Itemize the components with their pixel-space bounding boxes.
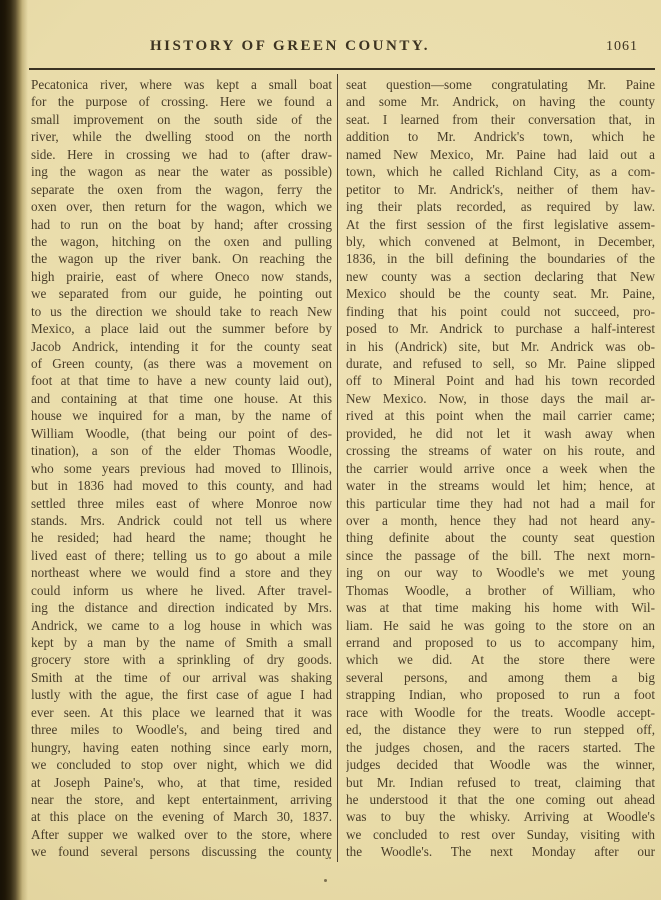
text-line: since the passage of the bill. The next … xyxy=(346,547,655,564)
text-line: ed, the distance they were to run steppe… xyxy=(346,721,655,738)
text-line: had to run on the boat by hand; after cr… xyxy=(31,216,332,233)
text-line: for the purpose of crossing. Here we fou… xyxy=(31,93,332,110)
text-line: strapping Indian, who proposed to run a … xyxy=(346,686,655,703)
text-line: the carrier would arrive once a week whe… xyxy=(346,460,655,477)
text-line: side. Here in crossing we had to (after … xyxy=(31,146,332,163)
text-line: to us the direction we should take to re… xyxy=(31,303,332,320)
text-line: Mexico should be the county seat. Mr. Pa… xyxy=(346,285,655,302)
text-line: durate, and refused to sell, so Mr. Pain… xyxy=(346,355,655,372)
text-line: lived east of there; telling us to go ab… xyxy=(31,547,332,564)
text-line: was at that time making his home with Wi… xyxy=(346,599,655,616)
text-line: oxen over, then return for the wagon, wh… xyxy=(31,198,332,215)
text-line: the Woodle's. The next Monday after our xyxy=(346,843,655,860)
text-line: finding that his point could not succeed… xyxy=(346,303,655,320)
text-line: tination), a son of the elder Thomas Woo… xyxy=(31,442,332,459)
page-number: 1061 xyxy=(596,39,638,55)
text-line: foot at that time to have a new county l… xyxy=(31,372,332,389)
column-divider xyxy=(337,74,338,862)
text-line: the wagon, hitching on the oxen and pull… xyxy=(31,233,332,250)
text-line: and containing at that time one house. A… xyxy=(31,390,332,407)
text-column-right: seat question—some congratulating Mr. Pa… xyxy=(346,76,655,861)
text-line: After supper we walked over to the store… xyxy=(31,826,332,843)
text-line: judges decided that Woodle was the winne… xyxy=(346,756,655,773)
text-line: ever seen. At this place we learned that… xyxy=(31,704,332,721)
text-line: race with Woodle for the treats. Woodle … xyxy=(346,704,655,721)
book-page: HISTORY OF GREEN COUNTY. 1061 Pecatonica… xyxy=(0,0,661,900)
text-line: kept by a man by the name of Smith a sma… xyxy=(31,634,332,651)
text-line: we separated from our guide, he pointing… xyxy=(31,285,332,302)
text-line: Andrick, we came to a log house in which… xyxy=(31,617,332,634)
text-line: several persons, and among them a big xyxy=(346,669,655,686)
text-line: provided, he did not let it wash away wh… xyxy=(346,425,655,442)
text-line: Jacob Andrick, intending it for the coun… xyxy=(31,338,332,355)
text-line: 1836, in the bill defining the boundarie… xyxy=(346,250,655,267)
text-line: errand and proposed to us to accompany h… xyxy=(346,634,655,651)
text-line: Thomas Woodle, a brother of William, who xyxy=(346,582,655,599)
text-line: high prairie, east of where Oneco now st… xyxy=(31,268,332,285)
text-line: we found several persons discussing the … xyxy=(31,843,332,860)
text-line: town, which he called Richland City, as … xyxy=(346,163,655,180)
text-line: in his (Andrick) site, but Mr. Andrick w… xyxy=(346,338,655,355)
text-line: but in 1836 had moved to this county, an… xyxy=(31,477,332,494)
text-line: At the first session of the first legisl… xyxy=(346,216,655,233)
text-line: three miles to Woodle's, and being tired… xyxy=(31,721,332,738)
text-line: water in the streams would let him; henc… xyxy=(346,477,655,494)
text-line: Pecatonica river, where was kept a small… xyxy=(31,76,332,93)
text-line: but Mr. Indian refused to treat, claimin… xyxy=(346,774,655,791)
text-line: stands. Mrs. Andrick could not tell us w… xyxy=(31,512,332,529)
text-line: grocery store with a sprinkling of dry g… xyxy=(31,651,332,668)
text-line: named New Mexico, Mr. Paine had laid out… xyxy=(346,146,655,163)
text-line: new county was a section declaring that … xyxy=(346,268,655,285)
text-line: of Green county, (as there was a movemen… xyxy=(31,355,332,372)
text-line: petitor to Mr. Andrick's, neither of the… xyxy=(346,181,655,198)
text-line: addition to Mr. Andrick's town, which he xyxy=(346,128,655,145)
text-line: at this place on the evening of March 30… xyxy=(31,808,332,825)
text-line: ing the wagon as near the water as possi… xyxy=(31,163,332,180)
text-line: who some years previous had moved to Ill… xyxy=(31,460,332,477)
text-line: small improvement on the south side of t… xyxy=(31,111,332,128)
text-column-left: Pecatonica river, where was kept a small… xyxy=(31,76,332,861)
text-line: seat question—some congratulating Mr. Pa… xyxy=(346,76,655,93)
text-line: and some Mr. Andrick, on having the coun… xyxy=(346,93,655,110)
text-line: this particular time they had not had a … xyxy=(346,495,655,512)
text-line: liam. He said he was going to the store … xyxy=(346,617,655,634)
page-title: HISTORY OF GREEN COUNTY. xyxy=(120,38,460,55)
text-line: could inform us where he lived. After tr… xyxy=(31,582,332,599)
text-line: which we did. At the store there were xyxy=(346,651,655,668)
text-line: near the store, and kept entertainment, … xyxy=(31,791,332,808)
text-line: the judges chosen, and the racers starte… xyxy=(346,739,655,756)
text-line: William Woodle, (that being our point of… xyxy=(31,425,332,442)
text-line: separate the oxen from the wagon, ferry … xyxy=(31,181,332,198)
text-line: the wagon up the river bank. On reaching… xyxy=(31,250,332,267)
text-line: northeast where we would find a store an… xyxy=(31,564,332,581)
text-line: he resided; had heard the name; thought … xyxy=(31,529,332,546)
text-line: was to buy the whisky. Arriving at Woodl… xyxy=(346,808,655,825)
print-speck xyxy=(324,879,327,882)
text-line: he understood it that the one coming out… xyxy=(346,791,655,808)
text-line: lustly with the ague, the first case of … xyxy=(31,686,332,703)
text-line: river, while the dwelling stood on the n… xyxy=(31,128,332,145)
text-line: ing on our way to Woodle's we met young xyxy=(346,564,655,581)
text-line: we concluded to rest over Sunday, visiti… xyxy=(346,826,655,843)
text-line: over a month, hence they had not heard a… xyxy=(346,512,655,529)
text-line: bly, which convened at Belmont, in Decem… xyxy=(346,233,655,250)
text-line: off to Mineral Point and had his town re… xyxy=(346,372,655,389)
text-line: Mexico, a place laid out the summer befo… xyxy=(31,320,332,337)
text-line: crossing the streams of water on his rou… xyxy=(346,442,655,459)
print-speck xyxy=(329,857,331,859)
text-line: hungry, having eaten nothing since early… xyxy=(31,739,332,756)
binding-shadow xyxy=(0,0,28,900)
text-line: Smith at the time of our arrival was sha… xyxy=(31,669,332,686)
text-line: New Mexico. Now, in those days the mail … xyxy=(346,390,655,407)
text-line: at Joseph Paine's, who, at that time, re… xyxy=(31,774,332,791)
text-line: house we inquired for a man, by the name… xyxy=(31,407,332,424)
text-line: seat. I learned from their conversation … xyxy=(346,111,655,128)
text-line: ing their plats recorded, as required by… xyxy=(346,198,655,215)
text-line: settled three miles east of where Monroe… xyxy=(31,495,332,512)
text-line: rived at this point when the mail carrie… xyxy=(346,407,655,424)
header-rule xyxy=(29,68,655,70)
text-line: thing definite about the county seat que… xyxy=(346,529,655,546)
text-line: we concluded to stop over night, which w… xyxy=(31,756,332,773)
text-line: ing the distance and direction indicated… xyxy=(31,599,332,616)
text-line: posed to Mr. Andrick to purchase a half-… xyxy=(346,320,655,337)
